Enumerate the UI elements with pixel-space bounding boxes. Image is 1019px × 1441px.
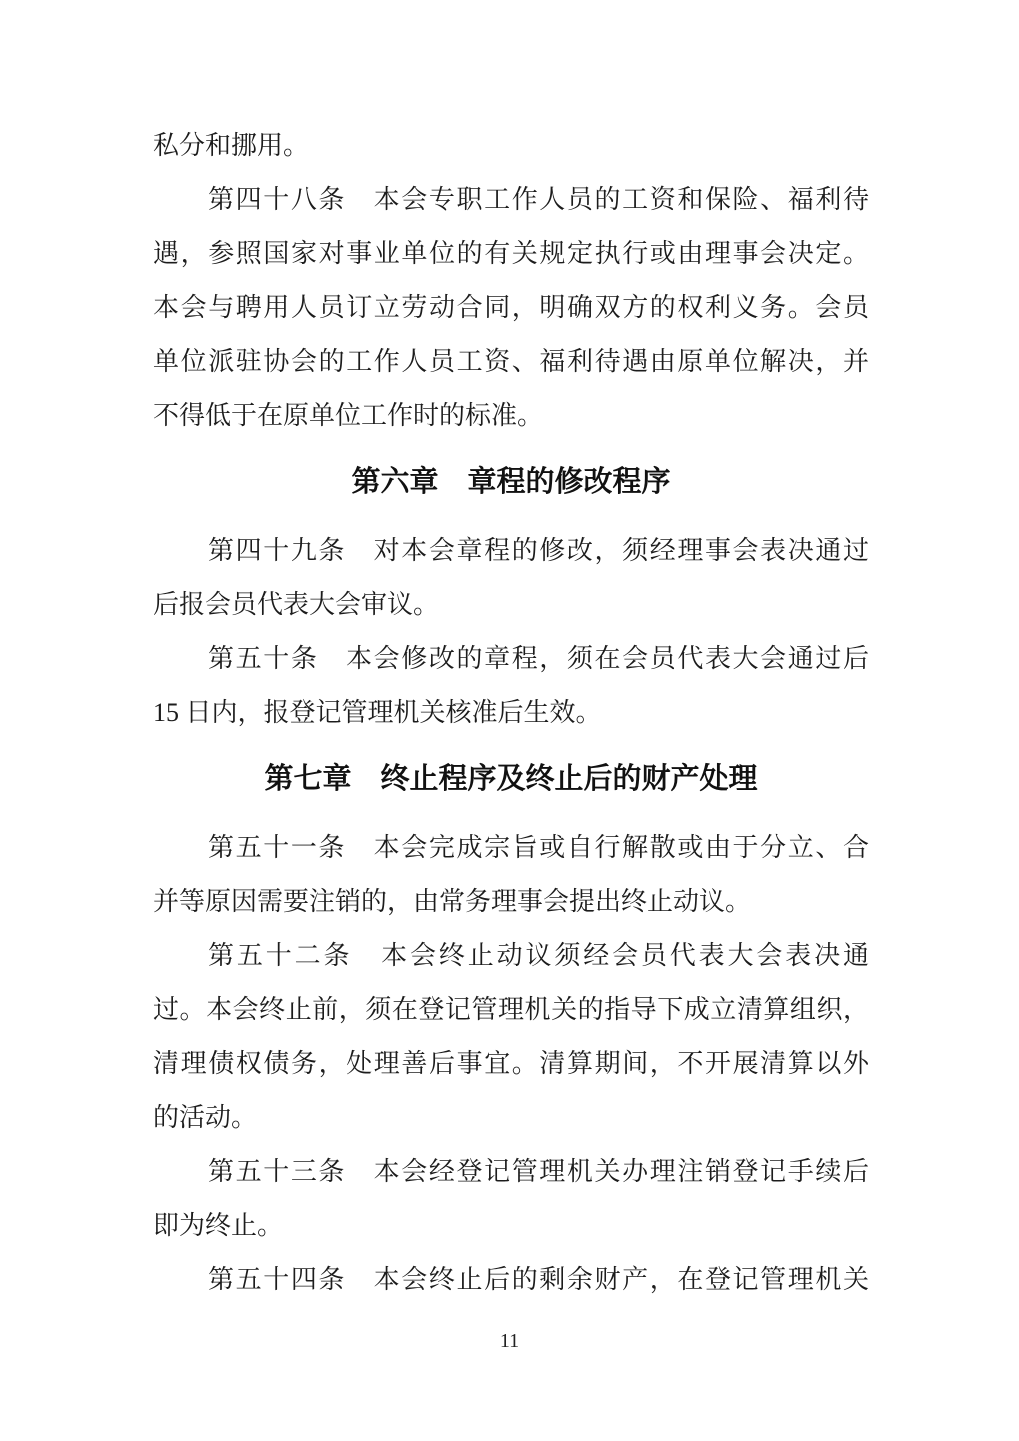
chapter-heading: 第七章 终止程序及终止后的财产处理	[153, 752, 869, 806]
text-line: 并等原因需要注销的，由常务理事会提出终止动议。	[153, 875, 869, 929]
text-line: 过。本会终止前，须在登记管理机关的指导下成立清算组织，	[153, 983, 869, 1037]
text-line: 不得低于在原单位工作时的标准。	[153, 389, 869, 443]
text-line: 私分和挪用。	[153, 119, 869, 173]
page-number: 11	[0, 1330, 1019, 1353]
text-line: 15 日内，报登记管理机关核准后生效。	[153, 686, 869, 740]
text-line: 即为终止。	[153, 1199, 869, 1253]
text-line: 本会与聘用人员订立劳动合同，明确双方的权利义务。会员	[153, 281, 869, 335]
paragraph: 第五十二条 本会终止动议须经会员代表大会表决通过。本会终止前，须在登记管理机关的…	[153, 929, 869, 1145]
paragraph: 第五十条 本会修改的章程，须在会员代表大会通过后15 日内，报登记管理机关核准后…	[153, 632, 869, 740]
text-line: 第五十一条 本会完成宗旨或自行解散或由于分立、合	[153, 821, 869, 875]
text-line: 第五十二条 本会终止动议须经会员代表大会表决通	[153, 929, 869, 983]
text-line: 清理债权债务，处理善后事宜。清算期间，不开展清算以外	[153, 1037, 869, 1091]
paragraph: 第五十三条 本会经登记管理机关办理注销登记手续后即为终止。	[153, 1145, 869, 1253]
text-line: 单位派驻协会的工作人员工资、福利待遇由原单位解决，并	[153, 335, 869, 389]
paragraph: 私分和挪用。	[153, 119, 869, 173]
text-line: 第四十八条 本会专职工作人员的工资和保险、福利待	[153, 173, 869, 227]
text-line: 遇，参照国家对事业单位的有关规定执行或由理事会决定。	[153, 227, 869, 281]
text-line: 第五十四条 本会终止后的剩余财产，在登记管理机关	[153, 1253, 869, 1307]
paragraph: 第四十八条 本会专职工作人员的工资和保险、福利待遇，参照国家对事业单位的有关规定…	[153, 173, 869, 443]
text-line: 后报会员代表大会审议。	[153, 578, 869, 632]
paragraph: 第四十九条 对本会章程的修改，须经理事会表决通过后报会员代表大会审议。	[153, 524, 869, 632]
chapter-heading: 第六章 章程的修改程序	[153, 455, 869, 509]
text-line: 第五十三条 本会经登记管理机关办理注销登记手续后	[153, 1145, 869, 1199]
document-content: 私分和挪用。第四十八条 本会专职工作人员的工资和保险、福利待遇，参照国家对事业单…	[153, 119, 869, 1307]
paragraph: 第五十一条 本会完成宗旨或自行解散或由于分立、合并等原因需要注销的，由常务理事会…	[153, 821, 869, 929]
text-line: 第五十条 本会修改的章程，须在会员代表大会通过后	[153, 632, 869, 686]
paragraph: 第五十四条 本会终止后的剩余财产，在登记管理机关	[153, 1253, 869, 1307]
text-line: 的活动。	[153, 1091, 869, 1145]
text-line: 第四十九条 对本会章程的修改，须经理事会表决通过	[153, 524, 869, 578]
document-page: 私分和挪用。第四十八条 本会专职工作人员的工资和保险、福利待遇，参照国家对事业单…	[0, 0, 1019, 1441]
